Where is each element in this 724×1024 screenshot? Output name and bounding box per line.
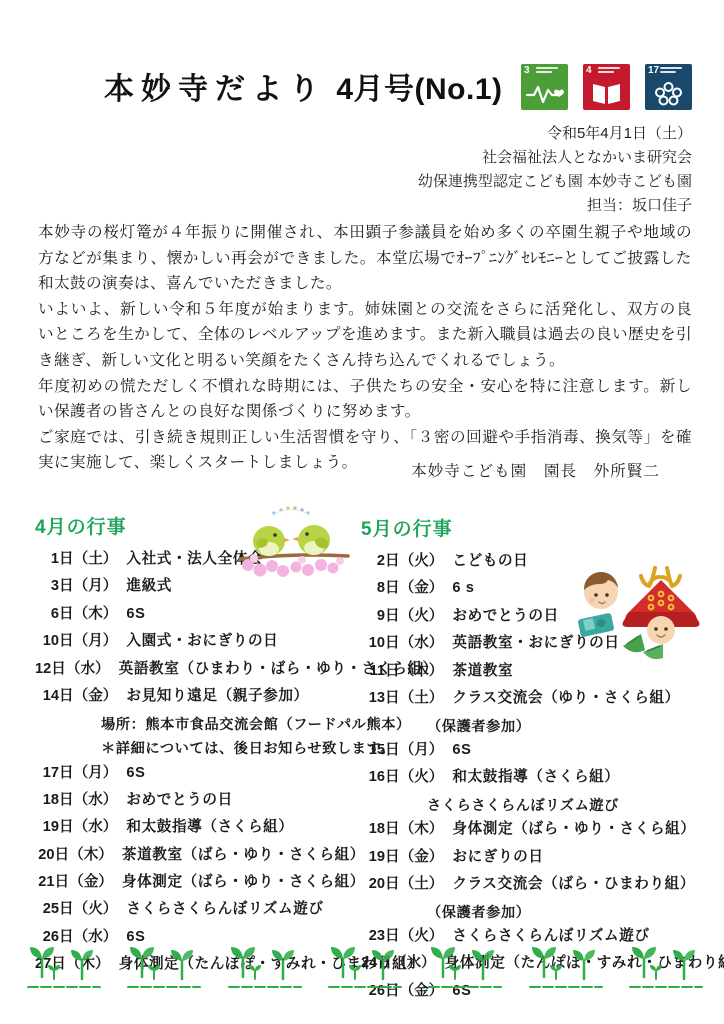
- event-day-number: 13: [361, 690, 385, 706]
- event-weekday: （月）: [74, 574, 118, 595]
- sdg17-partnership-icon: 17: [645, 64, 692, 110]
- event-day-unit: 日: [385, 738, 400, 759]
- bird-left: [253, 526, 290, 556]
- event-day-number: 9: [361, 608, 385, 624]
- event-row: 6日（木）6S: [35, 602, 365, 629]
- event-weekday: （金）: [400, 845, 444, 866]
- event-day-unit: 日: [59, 602, 74, 623]
- event-day-unit: 日: [59, 547, 74, 568]
- event-day-unit: 日: [385, 817, 400, 838]
- sprout-footer-row: [24, 933, 710, 995]
- event-day-number: 14: [35, 688, 59, 704]
- sprout-decoration: [626, 933, 710, 995]
- event-day-unit: 日: [54, 843, 69, 864]
- event-day-number: 3: [35, 578, 59, 594]
- event-day-unit: 日: [59, 815, 74, 836]
- event-day-unit: 日: [385, 631, 400, 652]
- event-day-unit: 日: [385, 549, 400, 570]
- event-day-number: 25: [35, 901, 59, 917]
- birds-on-branch-illustration: [236, 503, 352, 583]
- sprout-decoration: [124, 933, 208, 995]
- event-weekday: （金）: [400, 576, 444, 597]
- event-weekday: （水）: [400, 631, 444, 652]
- event-day-number: 18: [35, 792, 59, 808]
- event-description: 6 s: [452, 580, 474, 596]
- event-weekday: （月）: [400, 738, 444, 759]
- event-day-number: 10: [35, 633, 59, 649]
- event-day-number: 19: [361, 849, 385, 865]
- sprout-decoration: [24, 933, 108, 995]
- event-day-number: 15: [361, 742, 385, 758]
- principal-signature: 本妙寺こども園 園長 外所賢二: [38, 459, 660, 481]
- event-weekday: （土）: [400, 872, 444, 893]
- event-weekday: （木）: [69, 843, 113, 864]
- event-sub-note: 場所：熊本市食品交流会館（フードパル熊本）: [101, 711, 365, 736]
- event-weekday: （火）: [400, 765, 444, 786]
- event-weekday: （月）: [74, 629, 118, 650]
- event-day-unit: 日: [385, 576, 400, 597]
- event-row: 19日（水）和太鼓指導（さくら組）: [35, 815, 365, 842]
- event-row: 14日（金）お見知り遠足（親子参加）: [35, 684, 365, 711]
- event-day-unit: 日: [59, 788, 74, 809]
- event-description: おめでとうの日: [126, 788, 232, 809]
- event-description: 和太鼓指導（さくら組）: [126, 815, 293, 836]
- event-weekday: （火）: [400, 604, 444, 625]
- event-weekday: （金）: [74, 684, 118, 705]
- event-sub-note: ＊詳細については、後日お知らせ致します。: [101, 736, 365, 761]
- boy-face: [584, 572, 618, 609]
- event-day-number: 20: [35, 847, 54, 863]
- music-notes-icon: [272, 506, 310, 515]
- event-description: 茶道教室（ばら・ゆり・さくら組）: [122, 843, 365, 864]
- greeting-paragraph: 年度初めの慌ただしく不慣れな時期には、子供たちの安全・安心を特に注意します。新し…: [38, 374, 692, 425]
- event-row: 19日（金）おにぎりの日: [361, 845, 706, 872]
- event-description: 入園式・おにぎりの日: [126, 629, 278, 650]
- event-description: 茶道教室: [452, 659, 513, 680]
- issue-date: 令和5年4月1日（土）: [418, 122, 692, 146]
- event-day-number: 20: [361, 876, 385, 892]
- header-row: 本妙寺だより 4月号(No.1) 3 4 17: [0, 60, 724, 112]
- event-row: 13日（土）クラス交流会（ゆり・さくら組）: [361, 686, 706, 713]
- event-day-number: 11: [361, 663, 385, 679]
- event-day-number: 16: [361, 769, 385, 785]
- page-title-main: 本妙寺だより: [104, 73, 326, 106]
- event-row: 21日（金）身体測定（ばら・ゆり・さくら組）: [35, 870, 365, 897]
- sdg4-minitext: [598, 67, 620, 75]
- event-row: 20日（木）茶道教室（ばら・ゆり・さくら組）: [35, 843, 365, 870]
- event-row: 17日（月）6S: [35, 761, 365, 788]
- event-row: 15日（月）6S: [361, 738, 706, 765]
- event-day-unit: 日: [54, 870, 69, 891]
- sprout-decoration: [425, 933, 509, 995]
- event-day-unit: 日: [59, 761, 74, 782]
- event-row: 16日（火）和太鼓指導（さくら組）: [361, 765, 706, 792]
- may-heading: 5月の行事: [361, 514, 706, 541]
- sdg-icon-strip: 3 4 17: [521, 64, 692, 110]
- event-weekday: （土）: [74, 547, 118, 568]
- greeting-paragraph: いよいよ、新しい令和５年度が始まります。姉妹園との交流をさらに活発化し、双方の良…: [38, 297, 692, 374]
- event-weekday: （金）: [69, 870, 113, 891]
- page-title: 本妙寺だより 4月号(No.1): [104, 64, 503, 108]
- event-day-number: 6: [35, 606, 59, 622]
- event-sub-note: （保護者参加）: [427, 899, 706, 924]
- kabuto-illustration: [571, 554, 701, 664]
- event-day-number: 12: [35, 661, 51, 677]
- contact-person: 担当：坂口佳子: [418, 194, 692, 218]
- open-book-icon: [583, 78, 630, 108]
- cherry-blossoms: [242, 554, 344, 577]
- event-description: さくらさくらんぼリズム遊び: [126, 897, 323, 918]
- event-description: クラス交流会（ゆり・さくら組）: [452, 686, 679, 707]
- event-description: 6S: [126, 606, 145, 622]
- event-description: 身体測定（ばら・ゆり・さくら組）: [452, 817, 695, 838]
- event-weekday: （木）: [74, 602, 118, 623]
- event-weekday: （月）: [74, 761, 118, 782]
- event-description: 和太鼓指導（さくら組）: [452, 765, 619, 786]
- sprout-decoration: [325, 933, 409, 995]
- event-weekday: （火）: [400, 549, 444, 570]
- child-face: [647, 616, 675, 644]
- greeting-paragraph: 本妙寺の桜灯篭が４年振りに開催され、本田顕子参議員を始め多くの卒園生親子や地域の…: [38, 220, 692, 297]
- rings-circle-icon: [645, 78, 692, 108]
- wrapped-candy: [578, 613, 615, 638]
- event-day-unit: 日: [385, 659, 400, 680]
- greeting-text: 本妙寺の桜灯篭が４年振りに開催され、本田顕子参議員を始め多くの卒園生親子や地域の…: [38, 220, 692, 476]
- event-description: 進級式: [126, 574, 172, 595]
- event-weekday: （木）: [400, 659, 444, 680]
- event-description: おにぎりの日: [452, 845, 543, 866]
- event-row: 25日（火）さくらさくらんぼリズム遊び: [35, 897, 365, 924]
- event-day-number: 17: [35, 765, 59, 781]
- event-weekday: （水）: [74, 815, 118, 836]
- kabuto-helmet: [623, 568, 700, 644]
- event-day-unit: 日: [59, 574, 74, 595]
- page-title-issue: 4月号(No.1): [336, 73, 502, 106]
- event-row: 18日（木）身体測定（ばら・ゆり・さくら組）: [361, 817, 706, 844]
- event-day-number: 2: [361, 553, 385, 569]
- heartbeat-icon: [521, 78, 568, 108]
- event-day-unit: 日: [59, 629, 74, 650]
- event-day-number: 21: [35, 874, 54, 890]
- event-weekday: （土）: [400, 686, 444, 707]
- event-day-unit: 日: [385, 604, 400, 625]
- event-weekday: （水）: [66, 657, 110, 678]
- event-day-unit: 日: [59, 684, 74, 705]
- event-day-number: 1: [35, 551, 59, 567]
- event-day-number: 8: [361, 580, 385, 596]
- event-day-number: 18: [361, 821, 385, 837]
- event-day-unit: 日: [385, 686, 400, 707]
- april-event-list: 1日（土）入社式・法人全体会3日（月）進級式6日（木）6S10日（月）入園式・お…: [35, 547, 365, 980]
- event-sub-note: （保護者参加）: [427, 713, 706, 738]
- sdg17-minitext: [660, 67, 682, 75]
- event-description: お見知り遠足（親子参加）: [126, 684, 308, 705]
- event-description: クラス交流会（ばら・ひまわり組）: [452, 872, 695, 893]
- sprout-decoration: [225, 933, 309, 995]
- sdg3-health-icon: 3: [521, 64, 568, 110]
- event-row: 12日（水）英語教室（ひまわり・ばら・ゆり・さくら組）: [35, 657, 365, 684]
- event-day-number: 19: [35, 819, 59, 835]
- sdg4-education-icon: 4: [583, 64, 630, 110]
- event-row: 10日（月）入園式・おにぎりの日: [35, 629, 365, 656]
- event-row: 18日（水）おめでとうの日: [35, 788, 365, 815]
- event-description: こどもの日: [452, 549, 528, 570]
- event-description: 6S: [126, 765, 145, 781]
- organization-name: 社会福祉法人となかいま研究会: [418, 146, 692, 170]
- event-description: おめでとうの日: [452, 604, 558, 625]
- event-description: 身体測定（ばら・ゆり・さくら組）: [122, 870, 365, 891]
- event-day-unit: 日: [385, 872, 400, 893]
- event-description: 6S: [452, 742, 471, 758]
- sdg3-minitext: [536, 67, 558, 75]
- event-day-unit: 日: [385, 845, 400, 866]
- event-weekday: （木）: [400, 817, 444, 838]
- event-day-number: 10: [361, 635, 385, 651]
- event-weekday: （火）: [74, 897, 118, 918]
- event-row: 20日（土）クラス交流会（ばら・ひまわり組）: [361, 872, 706, 899]
- school-name: 幼保連携型認定こども園 本妙寺こども園: [418, 170, 692, 194]
- event-day-unit: 日: [59, 897, 74, 918]
- event-day-unit: 日: [385, 765, 400, 786]
- sprout-decoration: [526, 933, 610, 995]
- bird-right: [292, 525, 330, 555]
- event-weekday: （水）: [74, 788, 118, 809]
- event-sub-note: さくらさくらんぼリズム遊び: [427, 793, 706, 818]
- issue-info-block: 令和5年4月1日（土） 社会福祉法人となかいま研究会 幼保連携型認定こども園 本…: [418, 122, 692, 218]
- event-day-unit: 日: [51, 657, 66, 678]
